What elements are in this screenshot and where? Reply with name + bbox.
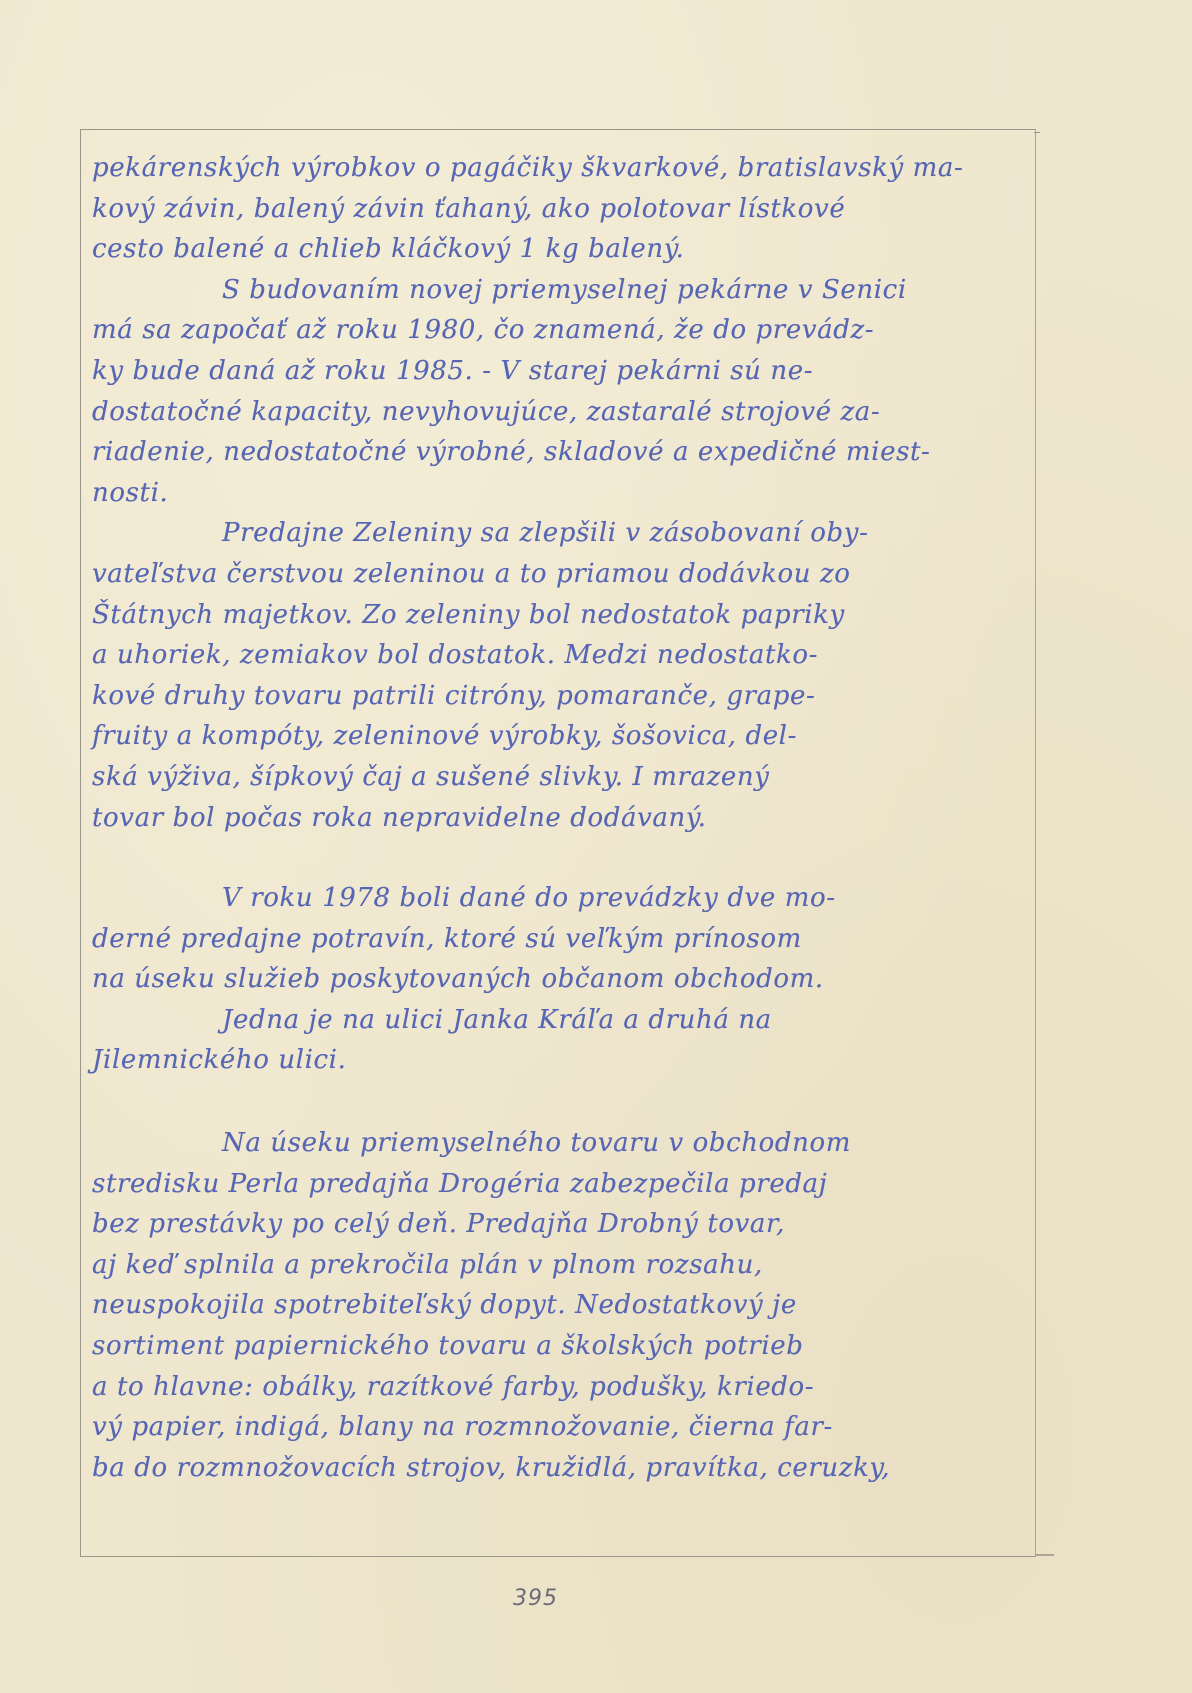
text-line: stredisku Perla predajňa Drogéria zabezp… — [92, 1164, 1027, 1205]
text-line: sortiment papiernického tovaru a školský… — [92, 1326, 1027, 1367]
text-line: kové druhy tovaru patrili citróny, pomar… — [92, 676, 1027, 717]
handwritten-text-body: pekárenských výrobkov o pagáčiky škvarko… — [92, 148, 1027, 1488]
text-line-paragraph-start: V roku 1978 boli dané do prevádzky dve m… — [92, 878, 1027, 919]
text-line: fruity a kompóty, zeleninové výrobky, šo… — [92, 716, 1027, 757]
text-line-paragraph-start: S budovaním novej priemyselnej pekárne v… — [92, 270, 1027, 311]
frame-corner-mark — [1036, 1554, 1054, 1556]
text-line: nosti. — [92, 473, 1027, 514]
text-line: bez prestávky po celý deň. Predajňa Drob… — [92, 1204, 1027, 1245]
text-line: riadenie, nedostatočné výrobné, skladové… — [92, 432, 1027, 473]
text-line: Jilemnického ulici. — [92, 1040, 1027, 1081]
text-line: pekárenských výrobkov o pagáčiky škvarko… — [92, 148, 1027, 189]
text-line: ba do rozmnožovacích strojov, kružidlá, … — [92, 1448, 1027, 1489]
text-line: derné predajne potravín, ktoré sú veľkým… — [92, 919, 1027, 960]
text-line: tovar bol počas roka nepravidelne dodáva… — [92, 798, 1027, 839]
text-line: ky bude daná až roku 1985. - V starej pe… — [92, 351, 1027, 392]
text-line: dostatočné kapacity, nevyhovujúce, zasta… — [92, 392, 1027, 433]
text-line: má sa započať až roku 1980, čo znamená, … — [92, 310, 1027, 351]
text-line: vý papier, indigá, blany na rozmnožovani… — [92, 1407, 1027, 1448]
text-line-paragraph-start: Na úseku priemyselného tovaru v obchodno… — [92, 1123, 1027, 1164]
frame-corner-mark — [1034, 132, 1040, 139]
text-line: neuspokojila spotrebiteľský dopyt. Nedos… — [92, 1285, 1027, 1326]
text-line: a to hlavne: obálky, razítkové farby, po… — [92, 1367, 1027, 1408]
text-line: a uhoriek, zemiakov bol dostatok. Medzi … — [92, 635, 1027, 676]
text-line: ská výživa, šípkový čaj a sušené slivky.… — [92, 757, 1027, 798]
text-line: cesto balené a chlieb kláčkový 1 kg bale… — [92, 229, 1027, 270]
text-line-paragraph-start: Predajne Zeleniny sa zlepšili v zásobova… — [92, 513, 1027, 554]
page-number: 395 — [513, 1586, 558, 1611]
text-line: aj keď splnila a prekročila plán v plnom… — [92, 1245, 1027, 1286]
text-line: Štátnych majetkov. Zo zeleniny bol nedos… — [92, 595, 1027, 636]
text-line-paragraph-start: Jedna je na ulici Janka Kráľa a druhá na — [92, 1000, 1027, 1041]
text-line: vateľstva čerstvou zeleninou a to priamo… — [92, 554, 1027, 595]
text-line: na úseku služieb poskytovaných občanom o… — [92, 959, 1027, 1000]
text-line: kový závin, balený závin ťahaný, ako pol… — [92, 189, 1027, 230]
